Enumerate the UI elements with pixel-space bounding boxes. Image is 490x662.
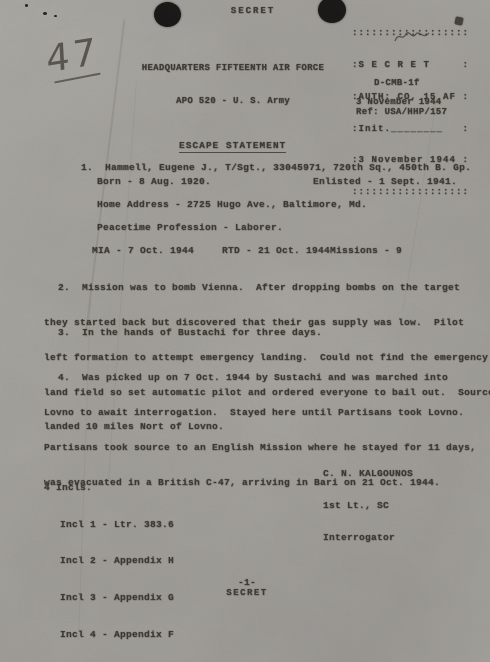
signature-block: C. N. KALGOUNOS 1st Lt., SC Interrogator xyxy=(323,448,413,565)
footer-classification: SECRET xyxy=(0,588,490,600)
inclosure-item: Incl 4 - Appendix F xyxy=(60,629,174,641)
file-number: D-CMB-1f xyxy=(374,78,420,90)
paragraph-2-line: 2. Mission was to bomb Vienna. After dro… xyxy=(44,282,490,294)
item1-enlisted: Enlisted - 1 Sept. 1941. xyxy=(313,176,457,188)
handwritten-initials-scribble xyxy=(392,29,432,45)
item1-mia: MIA - 7 Oct. 1944 xyxy=(92,245,194,257)
item1-missions: Missions - 9 xyxy=(330,245,402,257)
paragraph-3: 3. In the hands of Bustachi for three da… xyxy=(58,327,322,339)
signature-role: Interrogator xyxy=(323,533,413,544)
inclosure-item: Incl 2 - Appendix H xyxy=(60,555,174,567)
item1-profession: Peacetime Profession - Laborer. xyxy=(97,222,283,234)
inclosure-item: Incl 1 - Ltr. 383.6 xyxy=(60,519,174,531)
scanned-document-page: SECRET 47 HEADQUARTERS FIFTEENTH AIR FOR… xyxy=(0,0,490,662)
item1-number: 1. xyxy=(81,162,93,173)
paragraph-4-line: Lovno to await interrogation. Stayed her… xyxy=(44,407,476,419)
inclosures-heading: 4 Incls. xyxy=(44,482,92,494)
stamp-init-row: :Init.________ : xyxy=(352,124,469,135)
paragraph-4-line: 4. Was picked up on 7 Oct. 1944 by Susta… xyxy=(44,372,476,384)
signature-rank: 1st Lt., SC xyxy=(323,501,413,512)
item1-rtd: RTD - 21 Oct. 1944 xyxy=(222,245,330,257)
stamp-border-bottom: :::::::::::::::::: xyxy=(352,187,469,198)
footer-page-number: -1- xyxy=(0,577,490,589)
stamp-secret-row: :S E C R E T : xyxy=(352,60,469,71)
item1-born: Born - 8 Aug. 1920. xyxy=(97,176,211,188)
item1-address: Home Address - 2725 Hugo Ave., Baltimore… xyxy=(97,199,367,211)
reference-line: Ref: USA/HHP/157 xyxy=(356,107,447,119)
signature-name: C. N. KALGOUNOS xyxy=(323,469,413,480)
item1-name: Hammell, Eugene J., T/Sgt., 33045971, 72… xyxy=(105,162,471,173)
